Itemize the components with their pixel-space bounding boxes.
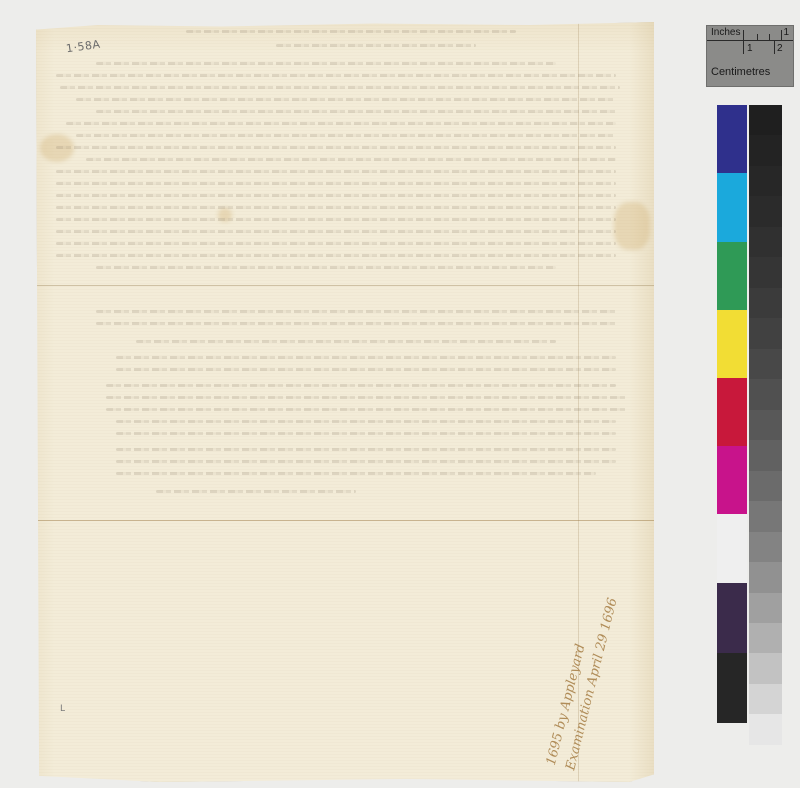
handwritten-line bbox=[56, 242, 616, 245]
grey-step bbox=[749, 623, 782, 653]
handwritten-line bbox=[76, 134, 616, 137]
grey-step bbox=[749, 501, 782, 531]
grey-step bbox=[749, 684, 782, 714]
handwritten-line bbox=[106, 408, 626, 411]
handwritten-line bbox=[66, 122, 616, 125]
stain bbox=[614, 202, 650, 250]
color-patch-magenta bbox=[717, 446, 747, 514]
handwritten-line bbox=[116, 356, 616, 359]
grey-step bbox=[749, 105, 782, 135]
handwritten-line bbox=[56, 182, 616, 185]
handwritten-line bbox=[56, 230, 616, 233]
manuscript-page: 1·58A L bbox=[36, 22, 654, 782]
handwritten-line bbox=[56, 206, 616, 209]
handwritten-line bbox=[96, 62, 556, 65]
color-patch-white bbox=[717, 514, 747, 583]
handwritten-line bbox=[56, 74, 616, 77]
centimetres-label: Centimetres bbox=[711, 66, 770, 78]
color-patch-cyan bbox=[717, 173, 747, 242]
grey-step bbox=[749, 288, 782, 318]
handwritten-line bbox=[56, 218, 616, 221]
handwritten-line bbox=[136, 340, 556, 343]
handwritten-line bbox=[116, 420, 616, 423]
handwritten-line bbox=[116, 448, 616, 451]
grey-step bbox=[749, 318, 782, 348]
grey-step bbox=[749, 379, 782, 409]
catalog-number: 1·58A bbox=[65, 38, 101, 56]
grey-step bbox=[749, 135, 782, 165]
handwritten-line bbox=[96, 266, 556, 269]
grey-step bbox=[749, 562, 782, 592]
color-patch-red bbox=[717, 378, 747, 446]
grey-step bbox=[749, 653, 782, 683]
grey-step bbox=[749, 440, 782, 470]
color-calibration-strip bbox=[717, 105, 747, 723]
inches-label: Inches bbox=[711, 27, 740, 38]
handwritten-line bbox=[76, 98, 616, 101]
handwritten-line bbox=[96, 110, 616, 113]
fold-line bbox=[36, 285, 654, 286]
handwritten-line bbox=[106, 384, 616, 387]
grey-step bbox=[749, 714, 782, 744]
handwritten-line bbox=[106, 396, 626, 399]
grey-step bbox=[749, 196, 782, 226]
handwritten-line bbox=[96, 310, 616, 313]
color-patch-yellow bbox=[717, 310, 747, 378]
cm-tick-label: 2 bbox=[777, 43, 783, 54]
pencil-mark: L bbox=[60, 704, 65, 714]
handwritten-line bbox=[56, 254, 616, 257]
grey-step bbox=[749, 349, 782, 379]
handwritten-line bbox=[116, 472, 596, 475]
handwritten-line bbox=[56, 194, 616, 197]
handwritten-line bbox=[116, 460, 616, 463]
handwritten-line bbox=[56, 146, 616, 149]
grey-step bbox=[749, 593, 782, 623]
greyscale-calibration-strip bbox=[749, 105, 782, 745]
handwritten-line bbox=[56, 170, 616, 173]
fold-line bbox=[36, 520, 654, 521]
inch-tick-label: 1 bbox=[783, 27, 789, 38]
grey-step bbox=[749, 471, 782, 501]
handwritten-line bbox=[116, 432, 616, 435]
grey-step bbox=[749, 532, 782, 562]
handwritten-line bbox=[86, 158, 616, 161]
grey-step bbox=[749, 257, 782, 287]
handwritten-line bbox=[156, 490, 356, 493]
cm-tick-label: 1 bbox=[747, 43, 753, 54]
grey-step bbox=[749, 227, 782, 257]
color-patch-purple bbox=[717, 583, 747, 653]
handwritten-line bbox=[186, 30, 516, 33]
color-patch-green bbox=[717, 242, 747, 310]
handwritten-line bbox=[276, 44, 476, 47]
handwritten-line bbox=[60, 86, 620, 89]
handwritten-line bbox=[96, 322, 616, 325]
color-patch-black bbox=[717, 653, 747, 723]
handwritten-line bbox=[116, 368, 616, 371]
scale-ruler: Inches 1 1 2 Centimetres bbox=[706, 25, 794, 87]
grey-step bbox=[749, 410, 782, 440]
grey-step bbox=[749, 166, 782, 196]
color-patch-blue bbox=[717, 105, 747, 173]
